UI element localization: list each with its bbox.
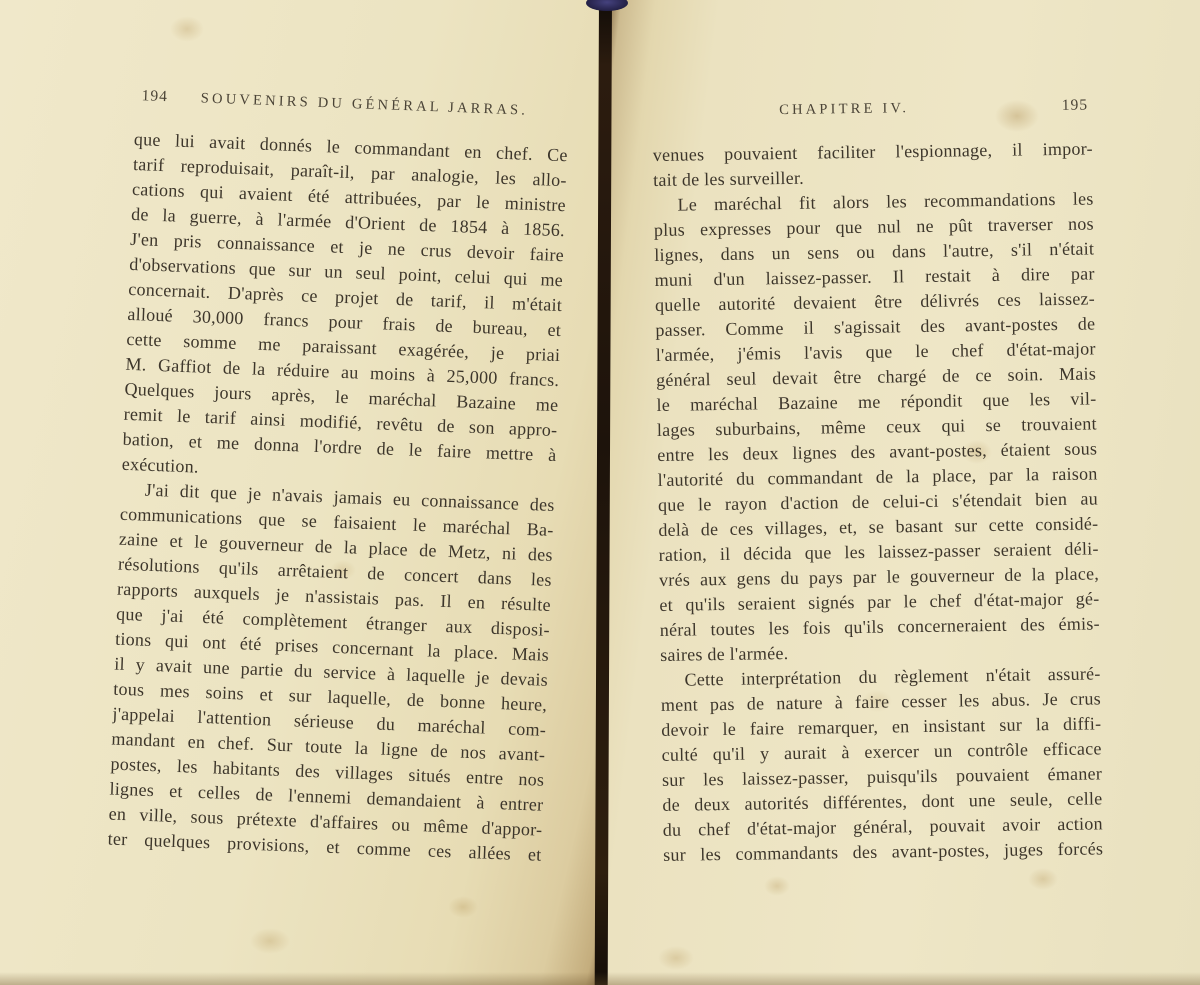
right-page-lines: venues pouvaient faciliter l'espionnage,…	[653, 136, 1104, 867]
right-page-text: CHAPITRE IV. 195 venues pouvaient facili…	[652, 95, 1103, 867]
page-bottom-edge	[0, 972, 1200, 985]
right-page-number: 195	[1062, 97, 1089, 115]
right-running-header: CHAPITRE IV. 195	[652, 95, 1092, 128]
left-page-lines: que lui avait donnés le commandant en ch…	[107, 127, 568, 868]
book-photo: 194 SOUVENIRS DU GÉNÉRAL JARRAS. que lui…	[0, 0, 1200, 985]
right-header-title: CHAPITRE IV.	[624, 98, 1064, 122]
left-page-text: 194 SOUVENIRS DU GÉNÉRAL JARRAS. que lui…	[107, 86, 569, 868]
